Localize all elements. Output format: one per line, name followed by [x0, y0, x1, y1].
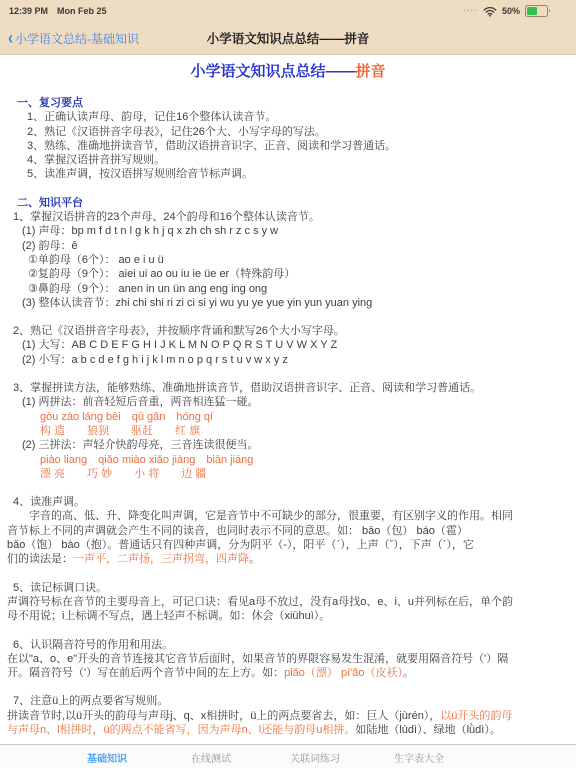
text-segment: 5、读记标调口诀。	[13, 582, 107, 594]
content-line: piào liang qiǎo miào xiǎo jiàng biān jiā…	[0, 453, 576, 467]
tab-basic-knowledge[interactable]: 基础知识	[55, 750, 159, 765]
tab-character-list[interactable]: 生字表大全	[367, 750, 471, 765]
content-line: ②复韵母（9个）： aiei ui ao ou iu ie üe er（特殊韵母…	[0, 267, 576, 281]
content-line: 字音的高、低、升、降变化叫声调，它是音节中不可缺少的部分，很重要，有区别字义的作…	[0, 509, 576, 523]
text-segment: 拼读音节时,以ü开头的韵母与声母j、q、x相拼时，ü上的两点要省去，如：巨人（j…	[7, 710, 440, 722]
content-line: 在以"a、o、e"开头的音节连接其它音节后面时，如果音节的界限容易发生混淆，就要…	[0, 652, 576, 666]
content-line: 4、读准声调。	[0, 495, 576, 509]
content-line: (1) 两拼法：前音轻短后音重，两音相连猛一碰。	[0, 395, 576, 409]
back-button-label: 小学语文总结-基础知识	[15, 30, 139, 47]
clock-label: 12:39 PM	[9, 6, 48, 16]
content-line: 2、熟记《汉语拼音字母表》，记住26个大、小写字母的写法。	[0, 125, 576, 139]
content-line: (1) 大写：AB C D E F G H I J K L M N O P Q …	[0, 338, 576, 352]
content-line: bǎo（饱） bào（抱）。普通话只有四种声调，分为阴平（-），阳平（ˊ），上声…	[0, 538, 576, 552]
content-line: 6、认识隔音符号的作用和用法。	[0, 638, 576, 652]
text-segment: ①单韵母（6个）： ao e i u ü	[28, 254, 164, 266]
date-label: Mon Feb 25	[57, 6, 107, 16]
emphasis-text: 一声平，二声扬，三声拐弯，四声降	[73, 553, 249, 565]
wifi-icon	[483, 6, 497, 17]
text-segment: 字音的高、低、升、降变化叫声调，它是音节中不可缺少的部分，很重要，有区别字义的作…	[7, 510, 513, 522]
text-segment: (1) 两拼法：前音轻短后音重，两音相连猛一碰。	[22, 396, 259, 408]
header: 12:39 PM Mon Feb 25 ···· 50% ‹ 小学语文总结-基础…	[0, 0, 576, 55]
text-segment: 们的读法是：	[7, 553, 73, 565]
back-chevron-icon: ‹	[8, 29, 13, 48]
content-line: 漂 亮 巧 妙 小 将 边 疆	[0, 467, 576, 481]
content-line: 构 造 狼狈 驱赶 红 旗	[0, 424, 576, 438]
back-button[interactable]: ‹ 小学语文总结-基础知识	[8, 30, 139, 47]
text-segment: ②复韵母（9个）： aiei ui ao ou iu ie üe er（特殊韵母…	[28, 268, 295, 280]
emphasis-text: piǎo（漂） pí'ǎo（皮袄）	[284, 667, 403, 679]
emphasis-text: gòu zào láng bèi qū gǎn hóng qí	[40, 411, 213, 423]
content-line: 5、读准声调，按汉语拼写规则给音节标声调。	[0, 167, 576, 181]
content-line: ①单韵母（6个）： ao e i u ü	[0, 253, 576, 267]
battery-icon	[525, 5, 548, 17]
text-segment: 4、读准声调。	[13, 496, 85, 508]
content-line: 拼读音节时,以ü开头的韵母与声母j、q、x相拼时，ü上的两点要省去，如：巨人（j…	[0, 709, 576, 723]
cellular-signal-icon: ····	[463, 7, 478, 15]
emphasis-text: 以ü开头的韵母	[440, 710, 512, 722]
content-line: 3、熟练、准确地拼读音节，借助汉语拼音识字、正音、阅读和学习普通话。	[0, 139, 576, 153]
text-segment: 5、读准声调，按汉语拼写规则给音节标声调。	[27, 168, 253, 180]
content-line: 2、熟记《汉语拼音字母表》，并按顺序背诵和默写26个大小写字母。	[0, 324, 576, 338]
text-segment: 3、掌握拼读方法，能够熟练、准确地拼读音节，借助汉语拼音识字、正音、阅读和学习普…	[13, 382, 481, 394]
content-line: gòu zào láng bèi qū gǎn hóng qí	[0, 410, 576, 424]
text-segment: 4、掌握汉语拼音拼写规则。	[27, 154, 165, 166]
content-line: 开。隔音符号（'）写在前后两个音节中间的左上方。如：piǎo（漂） pí'ǎo（…	[0, 666, 576, 680]
text-segment: 声调符号标在音节的主要母音上，可记口诀：看见a母不放过，没有a母找o、e、i、u…	[7, 596, 513, 608]
content-line: (1) 声母：bp m f d t n l g k h j q x zh ch …	[0, 224, 576, 238]
content-line: 母不用说；i上标调不写点，遇上轻声不标调。如：休会（xiūhuì）。	[0, 609, 576, 623]
text-segment: (2) 韵母：ê	[22, 240, 78, 252]
document-body: 一、复习要点1、正确认读声母、韵母，记住16个整体认读音节。2、熟记《汉语拼音字…	[0, 96, 576, 737]
content-line: 声调符号标在音节的主要母音上，可记口诀：看见a母不放过，没有a母找o、e、i、u…	[0, 595, 576, 609]
section-heading: 二、知识平台	[0, 196, 576, 210]
text-segment: 3、熟练、准确地拼读音节，借助汉语拼音识字、正音、阅读和学习普通话。	[27, 140, 396, 152]
navigation-bar: ‹ 小学语文总结-基础知识 小学语文知识点总结——拼音	[0, 22, 576, 55]
text-segment: 2、熟记《汉语拼音字母表》，记住26个大、小写字母的写法。	[27, 126, 326, 138]
content-line: 1、掌握汉语拼音的23个声母、24个韵母和16个整体认读音节。	[0, 210, 576, 224]
text-segment: 1、掌握汉语拼音的23个声母、24个韵母和16个整体认读音节。	[13, 211, 320, 223]
tab-online-test[interactable]: 在线测试	[159, 750, 263, 765]
document-title: 小学语文知识点总结——拼音	[0, 62, 576, 82]
text-segment: (2) 小写：a b c d e f g h i j k l m n o p q…	[22, 354, 288, 366]
text-segment: (1) 大写：AB C D E F G H I J K L M N O P Q …	[22, 339, 337, 351]
content-line: 4、掌握汉语拼音拼写规则。	[0, 153, 576, 167]
text-segment: bǎo（饱） bào（抱）。普通话只有四种声调，分为阴平（-），阳平（ˊ），上声…	[7, 539, 474, 551]
status-bar: 12:39 PM Mon Feb 25 ···· 50%	[0, 0, 576, 22]
text-segment: 7、注意ü上的两点要省写规则。	[13, 695, 168, 707]
emphasis-text: 构 造 狼狈 驱赶 红 旗	[40, 425, 200, 437]
content-line: 音节标上不同的声调就会产生不同的读音，也同时表示不同的意思。如： bāo（包） …	[0, 524, 576, 538]
tab-bar: 基础知识 在线测试 关联词练习 生字表大全	[0, 744, 576, 768]
text-segment: (2) 三拼法：声轻介快韵母亮，三音连读很便当。	[22, 439, 259, 451]
emphasis-text: piào liang qiǎo miào xiǎo jiàng biān jiā…	[40, 454, 253, 466]
section-heading: 一、复习要点	[0, 96, 576, 110]
text-segment: 1、正确认读声母、韵母，记住16个整体认读音节。	[27, 111, 276, 123]
content-line: (2) 三拼法：声轻介快韵母亮，三音连读很便当。	[0, 438, 576, 452]
content-line: (3) 整体认读音节：zhi chi shi ri zi ci si yi wu…	[0, 296, 576, 310]
content-line: 与声母n、l相拼时，ü的两点不能省写，因为声母n、l还能与韵母u相拼。如陆地（l…	[0, 723, 576, 737]
text-segment: 母不用说；i上标调不写点，遇上轻声不标调。如：休会（xiūhuì）。	[7, 610, 330, 622]
content-line: 们的读法是：一声平，二声扬，三声拐弯，四声降。	[0, 552, 576, 566]
content-line: 5、读记标调口诀。	[0, 581, 576, 595]
content-line: (2) 小写：a b c d e f g h i j k l m n o p q…	[0, 353, 576, 367]
text-segment: 。	[403, 667, 414, 679]
document-title-topic: 拼音	[356, 63, 386, 80]
text-segment: ③鼻韵母（9个）： anen in un ün ang eng ing ong	[28, 283, 267, 295]
battery-percent-label: 50%	[502, 6, 520, 16]
text-segment: 开。隔音符号（'）写在前后两个音节中间的左上方。如：	[7, 667, 284, 679]
content-line: 3、掌握拼读方法，能够熟练、准确地拼读音节，借助汉语拼音识字、正音、阅读和学习普…	[0, 381, 576, 395]
document-scroll-area[interactable]: 小学语文知识点总结——拼音 一、复习要点1、正确认读声母、韵母，记住16个整体认…	[0, 55, 576, 744]
text-segment: 2、熟记《汉语拼音字母表》，并按顺序背诵和默写26个大小写字母。	[13, 325, 345, 337]
emphasis-text: 与声母n、l相拼时，ü的两点不能省写，因为声母n、l还能与韵母u相拼。	[7, 724, 355, 736]
text-segment: (3) 整体认读音节：zhi chi shi ri zi ci si yi wu…	[22, 297, 372, 309]
content-line: (2) 韵母：ê	[0, 239, 576, 253]
content-line: ③鼻韵母（9个）： anen in un ün ang eng ing ong	[0, 282, 576, 296]
text-segment: 6、认识隔音符号的作用和用法。	[13, 639, 173, 651]
emphasis-text: 漂 亮 巧 妙 小 将 边 疆	[40, 468, 206, 480]
content-line: 1、正确认读声母、韵母，记住16个整体认读音节。	[0, 110, 576, 124]
text-segment: 如陆地（lùdì）、绿地（lǜdì）。	[355, 724, 500, 736]
document-title-main: 小学语文知识点总结——	[190, 63, 355, 80]
text-segment: 二、知识平台	[17, 197, 83, 209]
text-segment: 在以"a、o、e"开头的音节连接其它音节后面时，如果音节的界限容易发生混淆，就要…	[7, 653, 508, 665]
text-segment: (1) 声母：bp m f d t n l g k h j q x zh ch …	[22, 225, 278, 237]
text-segment: 一、复习要点	[17, 97, 83, 109]
content-line: 7、注意ü上的两点要省写规则。	[0, 694, 576, 708]
tab-linking-words-practice[interactable]: 关联词练习	[263, 750, 367, 765]
text-segment: 音节标上不同的声调就会产生不同的读音，也同时表示不同的意思。如： bāo（包） …	[7, 525, 468, 537]
text-segment: 。	[249, 553, 260, 565]
